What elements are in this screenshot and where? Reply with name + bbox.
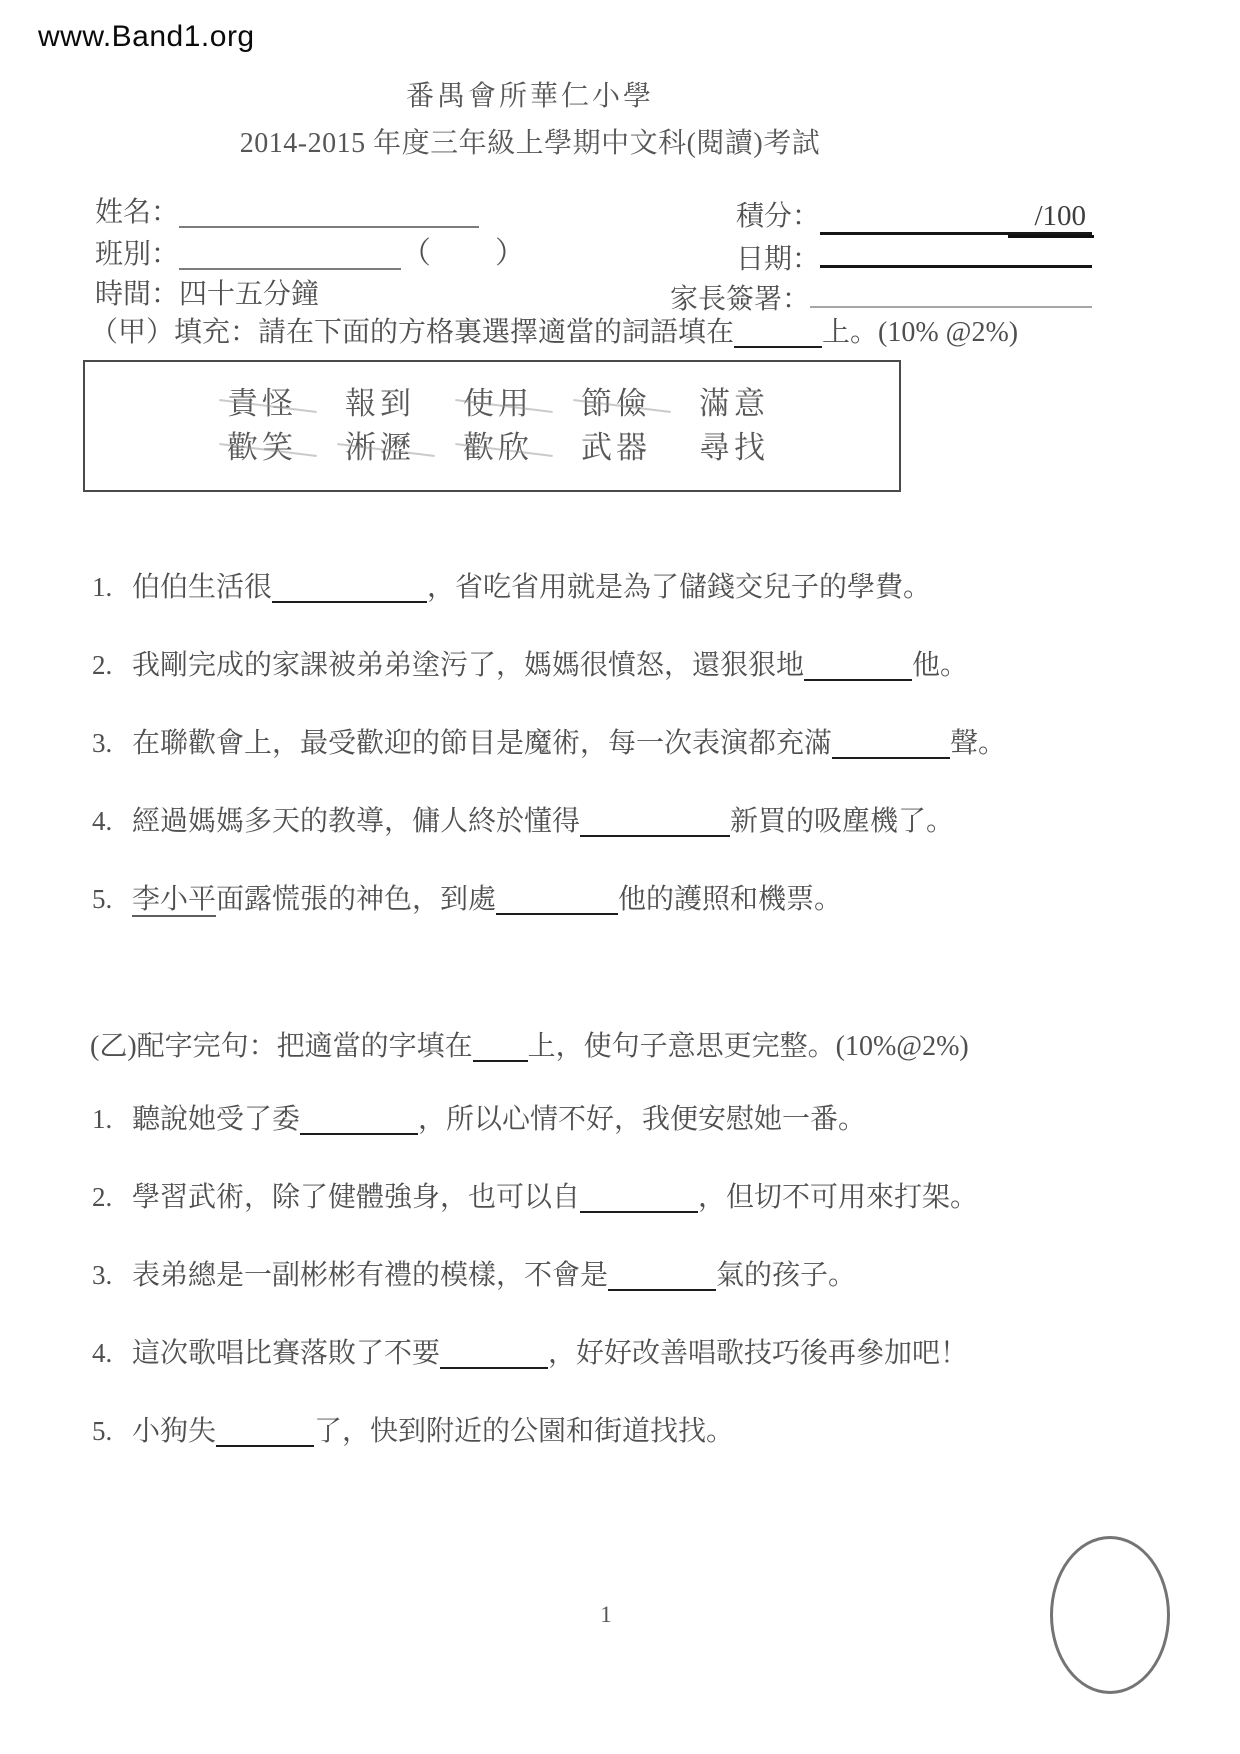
word-bank-box: 責怪報到使用節儉滿意歡笑淅瀝歡欣武器尋找 — [83, 360, 901, 492]
text-segment: 伯伯生活很 — [132, 572, 272, 603]
question-row: 3.在聯歡會上，最受歡迎的節目是魔術，每一次表演都充滿聲。 — [92, 722, 1172, 765]
blank-line — [496, 883, 618, 915]
score-circle — [1050, 1536, 1170, 1694]
field-label: 日期： — [736, 237, 820, 277]
exam-paper-page: www.Band1.org 番禺會所華仁小學 2014-2015 年度三年級上學… — [0, 0, 1240, 1754]
text-segment: 小狗失 — [132, 1416, 216, 1447]
word-bank-item: 節儉 — [581, 382, 651, 426]
question-number: 4. — [92, 1332, 132, 1374]
text-segment: 表弟總是一副彬彬有禮的模樣，不會是 — [132, 1260, 608, 1291]
text-segment: ，好好改善唱歌技巧後再參加吧！ — [548, 1338, 968, 1369]
score-blank: /100 — [820, 202, 1092, 235]
word-bank-item: 歡欣 — [463, 426, 533, 470]
word-bank-item: 歡笑 — [227, 426, 297, 470]
question-number: 5. — [92, 1410, 132, 1452]
question-row: 3.表弟總是一副彬彬有禮的模樣，不會是氣的孩子。 — [92, 1254, 1172, 1297]
text-segment: 我剛完成的家課被弟弟塗污了，媽媽很憤怒，還狠狠地 — [132, 650, 804, 681]
word-bank-row: 歡笑淅瀝歡欣武器尋找 — [227, 426, 899, 470]
text-segment: 他。 — [912, 650, 968, 681]
word-bank-item: 武器 — [581, 426, 651, 470]
word-bank-item: 使用 — [463, 382, 533, 426]
text-segment: 上，使句子意思更完整。(10%@2%) — [528, 1031, 969, 1062]
section-b-questions: 1.聽說她受了委，所以心情不好，我便安慰她一番。2.學習武術，除了健體強身，也可… — [92, 1098, 1172, 1488]
text-segment: 面露慌張的神色，到處 — [216, 884, 496, 915]
form-row: 姓名： — [95, 192, 525, 233]
text-segment: 聲。 — [950, 728, 1006, 759]
text-segment: 聽說她受了委 — [132, 1104, 300, 1135]
underlined-name: 李小平 — [132, 884, 216, 917]
text-segment: 了，快到附近的公園和街道找找。 — [314, 1416, 734, 1447]
word-bank-row: 責怪報到使用節儉滿意 — [227, 382, 899, 426]
blank-line — [473, 1030, 528, 1062]
question-row: 1.聽說她受了委，所以心情不好，我便安慰她一番。 — [92, 1098, 1172, 1141]
text-segment: 在聯歡會上，最受歡迎的節目是魔術，每一次表演都充滿 — [132, 728, 832, 759]
form-row: 積分：/100 — [620, 194, 1092, 235]
section-a-questions: 1.伯伯生活很，省吃省用就是為了儲錢交兒子的學費。2.我剛完成的家課被弟弟塗污了… — [92, 566, 1172, 956]
blank-line — [804, 649, 912, 681]
paren-close: ） — [495, 237, 525, 270]
blank-line — [810, 276, 1092, 308]
text-segment: 他的護照和機票。 — [618, 884, 842, 915]
text-segment: ，省吃省用就是為了儲錢交兒子的學費。 — [427, 572, 931, 603]
question-row: 4.經過媽媽多天的教導，傭人終於懂得新買的吸塵機了。 — [92, 800, 1172, 843]
text-segment: （甲）填充：請在下面的方格裏選擇適當的詞語填在 — [90, 317, 734, 348]
blank-line — [580, 805, 730, 837]
blank-line — [580, 1181, 698, 1213]
blank-line — [179, 238, 401, 270]
word-bank-item: 責怪 — [227, 382, 297, 426]
text-segment: (乙)配字完句：把適當的字填在 — [90, 1031, 473, 1062]
blank-line — [179, 196, 479, 228]
text-segment: ，但切不可用來打架。 — [698, 1182, 978, 1213]
text-segment: 這次歌唱比賽落敗了不要 — [132, 1338, 440, 1369]
question-row: 4.這次歌唱比賽落敗了不要，好好改善唱歌技巧後再參加吧！ — [92, 1332, 1172, 1375]
question-number: 4. — [92, 800, 132, 842]
form-row: 日期： — [620, 235, 1092, 276]
question-row: 5.小狗失了，快到附近的公園和街道找找。 — [92, 1410, 1172, 1453]
blank-line — [272, 571, 427, 603]
word-bank-item: 淅瀝 — [345, 426, 415, 470]
question-number: 3. — [92, 1254, 132, 1296]
exam-title: 2014-2015 年度三年級上學期中文科(閱讀)考試 — [0, 121, 1060, 161]
field-label: 時間： — [95, 279, 179, 310]
blank-line — [832, 727, 950, 759]
text-segment: 氣的孩子。 — [716, 1260, 856, 1291]
blank-line — [300, 1103, 418, 1135]
section-a-heading: （甲）填充：請在下面的方格裏選擇適當的詞語填在上。(10% @2%) — [90, 310, 1018, 350]
form-right-column: 積分：/100日期：家長簽署： — [620, 194, 1092, 317]
field-label: 積分： — [736, 194, 820, 234]
text-segment: 經過媽媽多天的教導，傭人終於懂得 — [132, 806, 580, 837]
school-title: 番禺會所華仁小學 — [0, 74, 1060, 114]
text-segment: 學習武術，除了健體強身，也可以自 — [132, 1182, 580, 1213]
question-number: 2. — [92, 644, 132, 686]
field-label: 姓名： — [95, 197, 179, 228]
blank-line — [216, 1415, 314, 1447]
paren-open: （ — [401, 237, 431, 270]
question-number: 5. — [92, 878, 132, 920]
word-bank-item: 滿意 — [699, 382, 769, 426]
form-row: 班別：（） — [95, 233, 525, 274]
question-row: 2.學習武術，除了健體強身，也可以自，但切不可用來打架。 — [92, 1176, 1172, 1219]
form-row: 時間：四十五分鐘 — [95, 274, 525, 315]
word-bank-item: 尋找 — [699, 426, 769, 470]
section-b-heading: (乙)配字完句：把適當的字填在上，使句子意思更完整。(10%@2%) — [90, 1024, 969, 1064]
title-block: 番禺會所華仁小學 2014-2015 年度三年級上學期中文科(閱讀)考試 — [0, 74, 1060, 161]
text-segment: 新買的吸塵機了。 — [730, 806, 954, 837]
form-left-column: 姓名：班別：（）時間：四十五分鐘 — [95, 192, 525, 315]
question-number: 3. — [92, 722, 132, 764]
blank-line — [440, 1337, 548, 1369]
question-row: 2.我剛完成的家課被弟弟塗污了，媽媽很憤怒，還狠狠地他。 — [92, 644, 1172, 687]
blank-line — [608, 1259, 716, 1291]
field-label: 班別： — [95, 239, 179, 270]
question-row: 5.李小平面露慌張的神色，到處他的護照和機票。 — [92, 878, 1172, 921]
question-number: 2. — [92, 1176, 132, 1218]
blank-line — [734, 316, 822, 348]
word-bank-item: 報到 — [345, 382, 415, 426]
score-denominator: /100 — [1034, 201, 1092, 232]
question-row: 1.伯伯生活很，省吃省用就是為了儲錢交兒子的學費。 — [92, 566, 1172, 609]
question-number: 1. — [92, 566, 132, 608]
text-segment: 上。(10% @2%) — [822, 317, 1018, 348]
blank-line — [820, 235, 1092, 268]
watermark-text: www.Band1.org — [38, 20, 255, 54]
page-number: 1 — [588, 1602, 624, 1628]
field-value: 四十五分鐘 — [179, 279, 319, 310]
question-number: 1. — [92, 1098, 132, 1140]
text-segment: ，所以心情不好，我便安慰她一番。 — [418, 1104, 866, 1135]
